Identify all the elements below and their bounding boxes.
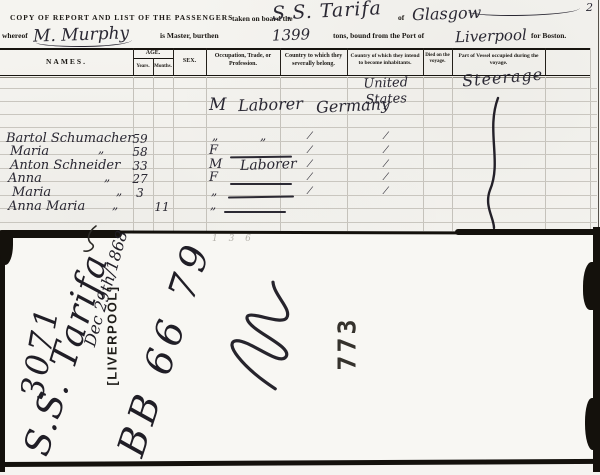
col-header-occupation: Occupation, Trade, or Profession. xyxy=(208,53,278,68)
passenger-sex: „ xyxy=(211,184,217,198)
overflow-sex: M xyxy=(209,95,226,115)
ink-swash xyxy=(468,6,580,16)
tick-mark: ⁄ xyxy=(385,145,387,156)
verso-number-stamp: 773 xyxy=(333,316,362,370)
vessel-part-annotation: Steerage xyxy=(461,64,544,90)
ship-name-handwritten: S.S. Tarifa xyxy=(271,0,382,25)
passenger-name: Anna Maria xyxy=(8,199,85,214)
col-header-country-intend: Country of which they intend to become i… xyxy=(349,53,421,67)
of-label: of xyxy=(398,13,404,22)
passenger-name: Maria xyxy=(10,144,49,159)
passenger-sex: F xyxy=(209,143,218,158)
tick-mark: ⁄ xyxy=(309,159,311,170)
page-number: 2 xyxy=(586,1,593,14)
destination-label: for Boston. xyxy=(531,31,566,40)
ruled-line xyxy=(0,222,597,223)
passenger-age-years: 58 xyxy=(130,145,150,160)
col-header-names: NAMES. xyxy=(0,57,133,66)
ink-swash xyxy=(36,38,132,47)
tick-mark: ⁄ xyxy=(309,172,311,183)
tonnage-handwritten: 1399 xyxy=(272,25,311,44)
ruled-line xyxy=(0,181,597,182)
fold-edge-blotch-left xyxy=(0,230,122,238)
passenger-occupation: Laborer xyxy=(240,156,297,174)
verso-left-border xyxy=(0,231,5,472)
departure-port-handwritten: Liverpool xyxy=(455,26,527,46)
ruled-line xyxy=(0,208,597,209)
scan-edge xyxy=(598,0,599,232)
faint-pencil-note: 1 3 6 xyxy=(212,234,255,244)
col-header-age-years: Years. xyxy=(133,64,153,70)
passenger-sex: „ xyxy=(210,198,216,212)
passenger-sex: F xyxy=(209,170,218,185)
scanned-manifest-page: COPY OF REPORT AND LIST OF THE PASSENGER… xyxy=(0,0,600,475)
ditto-dash-line xyxy=(230,183,292,185)
passenger-occupation: „ xyxy=(260,129,266,143)
ruled-line xyxy=(0,127,597,128)
col-header-age: AGE. xyxy=(133,50,173,58)
ruled-line xyxy=(0,195,597,196)
tick-mark: ⁄ xyxy=(386,101,388,112)
whereof-label: whereof xyxy=(2,31,28,40)
passenger-sex: „ xyxy=(212,129,218,143)
form-title-caps: COPY OF REPORT AND LIST OF THE PASSENGER… xyxy=(10,13,233,22)
name-ditto: „ xyxy=(104,170,110,184)
passenger-age-years: 27 xyxy=(130,172,150,187)
verso-port-stamp: [LIVERPOOL] xyxy=(105,285,120,385)
tick-mark: ⁄ xyxy=(309,131,311,142)
bound-label: tons, bound from the Port of xyxy=(333,31,424,40)
ruled-line xyxy=(0,88,597,89)
col-divider xyxy=(206,48,207,75)
col-header-died: Died on the voyage. xyxy=(423,53,452,66)
verso-right-blotch xyxy=(583,262,600,310)
passenger-age-months: 11 xyxy=(152,200,172,215)
ruled-line xyxy=(0,154,597,155)
passenger-age-years: 3 xyxy=(130,186,150,201)
col-divider xyxy=(347,48,348,75)
col-header-age-months: Months. xyxy=(153,64,173,70)
name-ditto: „ xyxy=(98,142,104,156)
tick-mark: ⁄ xyxy=(309,145,311,156)
col-header-vessel-part: Part of Vessel occupied during the voyag… xyxy=(457,53,540,67)
overflow-country: Germany xyxy=(316,94,391,117)
tick-mark: ⁄ xyxy=(385,159,387,170)
col-divider xyxy=(545,48,546,75)
ruled-line xyxy=(0,114,597,115)
verso-right-blotch xyxy=(585,398,600,450)
col-divider xyxy=(452,48,453,75)
master-label: is Master, burthen xyxy=(160,31,219,40)
col-divider xyxy=(280,48,281,75)
tick-mark: ⁄ xyxy=(385,172,387,183)
name-ditto: „ xyxy=(116,184,122,198)
passenger-name: Anna xyxy=(8,171,42,186)
col-header-country-belong: Country to which they severally belong. xyxy=(283,53,344,68)
tick-mark: ⁄ xyxy=(385,131,387,142)
name-ditto: „ xyxy=(112,198,118,212)
tick-mark: ⁄ xyxy=(385,186,387,197)
tick-mark: ⁄ xyxy=(309,186,311,197)
fold-edge-blotch-right xyxy=(455,229,600,235)
col-header-sex: SEX. xyxy=(173,58,206,66)
ink-flourish-vertical xyxy=(484,96,504,230)
ditto-dash-line xyxy=(228,195,294,198)
passenger-name: Maria xyxy=(12,185,51,200)
page-edge-rule xyxy=(590,48,591,231)
overflow-occupation: Laborer xyxy=(238,94,303,115)
ditto-dash-line xyxy=(224,211,286,213)
table-top-rule xyxy=(0,48,590,50)
